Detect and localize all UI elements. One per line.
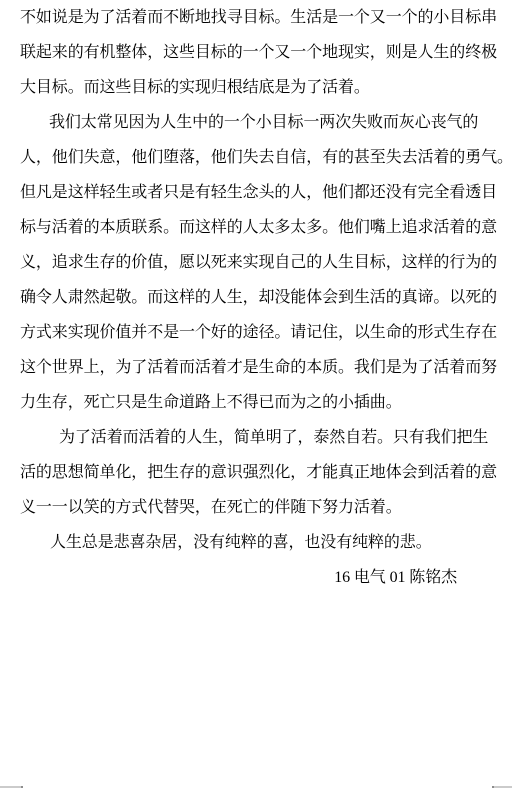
text-line: 我们太常见因为人生中的一个小目标一两次失败而灰心丧气的	[20, 105, 500, 140]
text-line: 力生存，死亡只是生命道路上不得已而为之的小插曲。	[20, 385, 500, 420]
paragraph: 为了活着而活着的人生，简单明了，泰然自若。只有我们把生 活的思想简单化，把生存的…	[20, 420, 500, 525]
page-margin-crop-mark-right	[492, 786, 512, 788]
text-line: 方式来实现价值并不是一个好的途径。请记住，以生命的形式生存在	[20, 315, 500, 350]
text-line: 人，他们失意，他们堕落，他们失去自信，有的甚至失去活着的勇气。	[20, 140, 500, 175]
crop-mark-dot	[21, 786, 23, 788]
text-line: 为了活着而活着的人生，简单明了，泰然自若。只有我们把生	[20, 420, 500, 455]
document-page: 不如说是为了活着而不断地找寻目标。生活是一个又一个的小目标串 联起来的有机整体，…	[0, 0, 512, 791]
text-line: 确令人肃然起敬。而这样的人生，却没能体会到生活的真谛。以死的	[20, 280, 500, 315]
text-line: 义，追求生存的价值，愿以死来实现自己的人生目标，这样的行为的	[20, 245, 500, 280]
author-signature: 16 电气 01 陈铭杰	[20, 560, 500, 595]
text-line: 义一一以笑的方式代替哭，在死亡的伴随下努力活着。	[20, 490, 500, 525]
text-line: 大目标。而这些目标的实现归根结底是为了活着。	[20, 70, 500, 105]
crop-mark-dot	[492, 786, 494, 788]
text-line: 联起来的有机整体，这些目标的一个又一个地现实，则是人生的终极	[20, 35, 500, 70]
text-line: 活的思想简单化，把生存的意识强烈化，才能真正地体会到活着的意	[20, 455, 500, 490]
page-margin-crop-mark-left	[0, 786, 23, 788]
paragraph: 不如说是为了活着而不断地找寻目标。生活是一个又一个的小目标串 联起来的有机整体，…	[20, 0, 500, 105]
paragraph: 人生总是悲喜杂居，没有纯粹的喜，也没有纯粹的悲。	[20, 525, 500, 560]
text-line: 但凡是这样轻生或者只是有轻生念头的人，他们都还没有完全看透目	[20, 175, 500, 210]
paragraph: 我们太常见因为人生中的一个小目标一两次失败而灰心丧气的 人，他们失意，他们堕落，…	[20, 105, 500, 420]
text-line: 这个世界上，为了活着而活着才是生命的本质。我们是为了活着而努	[20, 350, 500, 385]
document-body-text: 不如说是为了活着而不断地找寻目标。生活是一个又一个的小目标串 联起来的有机整体，…	[20, 0, 500, 595]
text-line: 标与活着的本质联系。而这样的人太多太多。他们嘴上追求活着的意	[20, 210, 500, 245]
text-line: 人生总是悲喜杂居，没有纯粹的喜，也没有纯粹的悲。	[20, 525, 500, 560]
text-line: 不如说是为了活着而不断地找寻目标。生活是一个又一个的小目标串	[20, 0, 500, 35]
